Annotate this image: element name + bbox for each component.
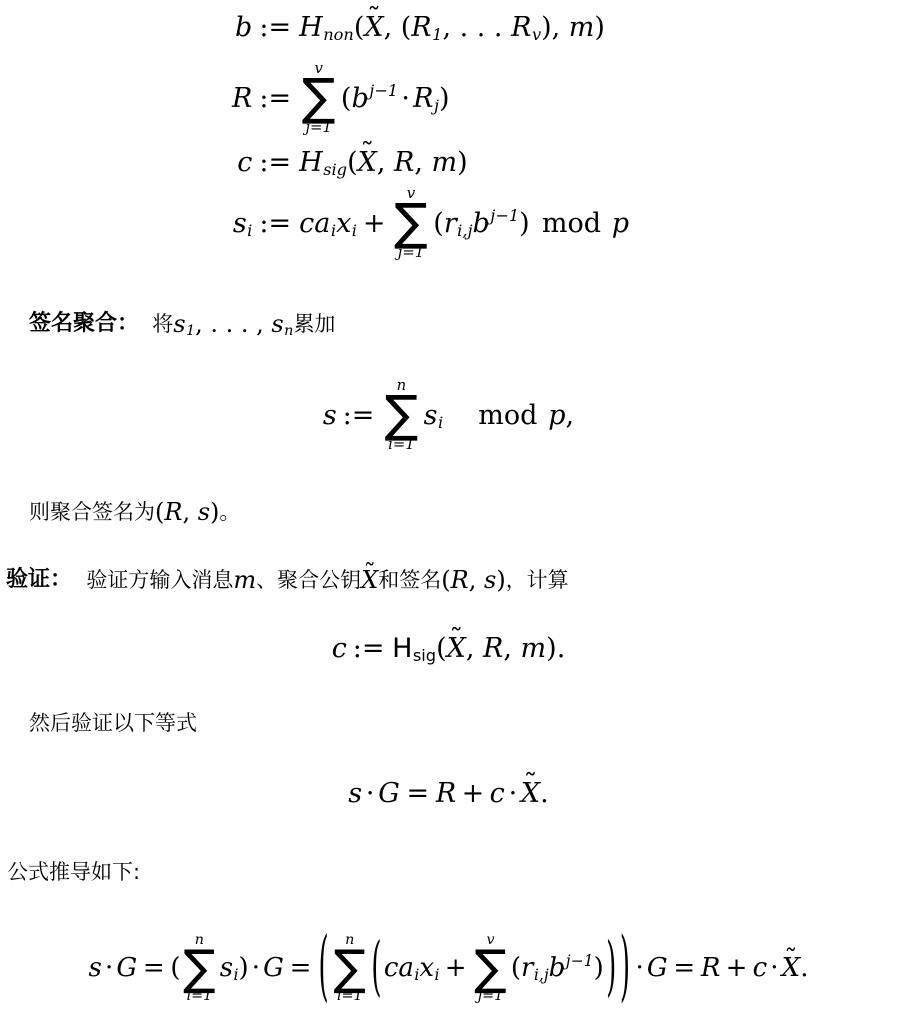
math-variable: b <box>351 85 368 112</box>
text-cjk-bold: 验证： <box>6 565 72 595</box>
math-subscript: i <box>414 968 419 984</box>
math-operator: , <box>566 402 575 429</box>
summation: n∑i=1 <box>183 933 215 1004</box>
display-equation-sum-s: s:=n∑i=1simodp, <box>0 369 897 461</box>
math-variable: b <box>549 955 566 981</box>
sum-lower-limit: i=1 <box>187 989 213 1003</box>
big-paren: ) <box>606 936 616 1001</box>
math-operator: = <box>673 955 695 981</box>
math-operator: = <box>407 780 430 807</box>
math-operator: = <box>290 955 312 981</box>
sigma-icon: ∑ <box>183 947 215 989</box>
math-subscript: 1 <box>432 27 442 43</box>
math-operator: ( <box>354 14 365 41</box>
math-operator: + <box>726 955 748 981</box>
math-subscript: i <box>234 968 239 984</box>
summation: v∑j=1 <box>302 61 336 135</box>
math-operator: , <box>414 149 431 176</box>
math-variable: G <box>116 955 137 981</box>
math-operator: . <box>540 780 549 807</box>
math-variable: R <box>394 149 414 176</box>
tilde-variable: ˜X <box>358 149 377 176</box>
math-operator: := <box>259 85 291 112</box>
text-cjk: 。 <box>219 498 240 526</box>
math-operator: := <box>343 402 375 429</box>
math-operator: , <box>503 635 520 662</box>
math-variable: R <box>232 85 252 112</box>
math-subscript: sig <box>323 162 347 178</box>
math-superscript: j−1 <box>369 83 398 99</box>
tilde-variable: ˜X <box>364 14 383 41</box>
math-operator: · <box>252 955 260 981</box>
math-variable: R <box>411 14 431 41</box>
tilde-accent-icon: ˜ <box>367 5 381 32</box>
aligned-equation-block: b :=Hnon(˜X, (R1, . . . Rv), m) R :=v∑j=… <box>232 0 629 264</box>
tilde-variable: ˜X <box>447 635 466 662</box>
math-operator: ( <box>433 210 444 237</box>
math-space <box>385 648 393 649</box>
text-cjk: 、聚合公钥 <box>256 566 361 594</box>
math-space <box>443 415 478 416</box>
math-variable: c <box>332 635 347 662</box>
text-cjk: 则聚合签名为 <box>29 498 155 526</box>
math-operator: mod <box>478 402 537 429</box>
math-operator: , <box>466 635 483 662</box>
math-operator: ) <box>239 955 249 981</box>
paragraph-signature-aggregation: 签名聚合：将s1, . . . , sn累加 <box>29 303 335 345</box>
math-variable: s <box>271 312 283 336</box>
math-operator: . <box>800 955 808 981</box>
math-variable: s <box>323 402 337 429</box>
equation-si-rhs: :=caixi+v∑j=1(ri,jbj−1)modp <box>259 182 629 264</box>
math-variable: m <box>569 14 595 41</box>
text-cjk: 然后验证以下等式 <box>29 709 197 737</box>
tilde-accent-icon: ˜ <box>449 626 463 653</box>
sigma-icon: ∑ <box>302 76 336 120</box>
math-operator: , . . . <box>442 14 511 41</box>
math-subscript: j <box>434 98 439 114</box>
math-space <box>291 98 299 99</box>
equation-R-lhs: R <box>232 54 259 142</box>
tilde-accent-icon: ˜ <box>360 140 374 167</box>
tilde-variable: ˜X <box>782 955 801 981</box>
paragraph-derivation-intro: 公式推导如下: <box>7 852 140 892</box>
math-space <box>601 223 612 224</box>
sum-lower-limit: j=1 <box>478 989 504 1003</box>
math-space <box>537 415 548 416</box>
math-variable: s <box>484 568 496 592</box>
math-space <box>386 223 392 224</box>
text-cjk-bold: 签名聚合： <box>29 309 139 339</box>
equation-b-lhs: b <box>232 0 259 54</box>
sum-lower-limit: i=1 <box>388 437 415 452</box>
math-subscript: i <box>247 223 252 239</box>
tilde-variable: ˜X <box>361 568 378 592</box>
math-variable: R <box>483 635 503 662</box>
display-equation-c-sig: c:=Hsig(˜X, R, m). <box>0 628 897 668</box>
math-variable: H <box>299 14 323 41</box>
math-variable: m <box>432 149 458 176</box>
math-variable: m <box>233 568 256 592</box>
math-operator: · <box>770 955 778 981</box>
math-space <box>618 968 619 969</box>
display-equation-verify: s·G=R+c·˜X. <box>0 773 897 813</box>
math-variable: r <box>521 955 533 981</box>
math-operator: · <box>635 955 643 981</box>
sigma-icon: ∑ <box>474 947 506 989</box>
math-space <box>311 968 317 969</box>
text-cjk: 和签名 <box>378 566 441 594</box>
equation-si-lhs: si <box>232 182 259 264</box>
math-space <box>330 968 331 969</box>
math-variable: c <box>490 780 505 807</box>
math-operator: := <box>259 149 291 176</box>
math-subscript: i <box>352 223 357 239</box>
math-operator: := <box>259 14 291 41</box>
math-subscript: i <box>331 223 336 239</box>
tilde-accent-icon: ˜ <box>784 947 797 973</box>
summation: v∑j=1 <box>394 186 428 260</box>
math-variable: R <box>511 14 531 41</box>
text-cjk: 公式推导如下: <box>7 858 140 886</box>
math-space <box>530 223 542 224</box>
math-subscript: non <box>323 27 354 43</box>
math-operator: ) <box>457 149 468 176</box>
tilde-accent-icon: ˜ <box>524 771 538 798</box>
math-space <box>291 223 299 224</box>
math-operator: , <box>182 500 197 524</box>
math-variable: m <box>521 635 547 662</box>
paragraph-aggregate-signature: 则聚合签名为(R, s)。 <box>29 492 240 532</box>
math-operator: ). <box>546 635 565 662</box>
math-subscript: i <box>435 968 440 984</box>
math-operator: , <box>377 149 394 176</box>
math-superscript: j−1 <box>490 208 519 224</box>
summation: v∑j=1 <box>474 933 506 1004</box>
math-operator: ) <box>439 85 450 112</box>
math-operator: ( <box>441 568 450 592</box>
summation: n∑i=1 <box>385 378 419 452</box>
math-operator: ( <box>511 955 521 981</box>
math-space <box>72 580 86 581</box>
math-space <box>291 27 299 28</box>
math-operator: ), <box>541 14 569 41</box>
math-space <box>374 415 382 416</box>
math-operator: + <box>363 210 386 237</box>
math-subscript: i <box>438 415 443 431</box>
math-variable: p <box>548 402 565 429</box>
math-variable: ca <box>299 210 330 237</box>
math-operator: := <box>353 635 385 662</box>
math-operator: , <box>469 568 484 592</box>
math-operator: ) <box>594 14 605 41</box>
math-operator: ) <box>496 568 505 592</box>
math-operator: · <box>401 85 410 112</box>
math-variable: b <box>235 14 252 41</box>
math-variable: H <box>299 149 323 176</box>
math-subscript: i,j <box>457 223 472 239</box>
paragraph-then-verify: 然后验证以下等式 <box>29 703 197 743</box>
math-space <box>139 324 152 325</box>
math-operator: ) <box>594 955 604 981</box>
summation: n∑i=1 <box>334 933 366 1004</box>
paragraph-verification: 验证：验证方输入消息m、聚合公钥˜X和签名(R, s)，计算 <box>6 560 569 600</box>
math-space <box>291 162 299 163</box>
math-operator: , ( <box>384 14 412 41</box>
text-cjk: 验证方输入消息 <box>86 566 233 594</box>
math-variable: c <box>753 955 768 981</box>
math-operator: · <box>366 780 375 807</box>
big-paren: ) <box>620 930 630 1007</box>
math-operator: := <box>259 210 291 237</box>
math-operator: = <box>143 955 165 981</box>
math-operator: ( <box>155 500 164 524</box>
math-subscript: n <box>284 324 293 338</box>
math-variable: s <box>173 312 185 336</box>
text-cjk: ，计算 <box>506 566 569 594</box>
math-operator: ( <box>436 635 447 662</box>
sum-lower-limit: j=1 <box>398 245 424 260</box>
math-sans-symbol: H <box>392 635 412 662</box>
sigma-icon: ∑ <box>394 201 428 245</box>
math-operator: ( <box>170 955 180 981</box>
math-operator: ( <box>341 85 352 112</box>
math-operator: · <box>105 955 113 981</box>
math-variable: s <box>89 955 102 981</box>
math-space <box>467 968 472 969</box>
math-operator: + <box>462 780 485 807</box>
math-superscript: j−1 <box>566 954 594 970</box>
math-variable: R <box>164 500 182 524</box>
sum-lower-limit: j=1 <box>305 120 331 135</box>
math-variable: s <box>233 210 247 237</box>
tilde-accent-icon: ˜ <box>364 561 376 585</box>
math-variable: R <box>413 85 433 112</box>
math-space <box>400 793 407 794</box>
math-space <box>429 793 436 794</box>
sigma-icon: ∑ <box>334 947 366 989</box>
math-operator: , . . . , <box>195 312 271 336</box>
math-operator: + <box>445 955 467 981</box>
math-variable: p <box>612 210 629 237</box>
math-variable: s <box>424 402 438 429</box>
big-paren: ( <box>318 930 328 1007</box>
math-operator: ) <box>519 210 530 237</box>
math-variable: s <box>198 500 210 524</box>
text-cjk: 累加 <box>293 310 335 338</box>
equation-b-rhs: :=Hnon(˜X, (R1, . . . Rv), m) <box>259 0 629 54</box>
math-variable: c <box>237 149 252 176</box>
math-subscript: i,j <box>534 968 549 984</box>
math-operator: mod <box>542 210 601 237</box>
math-operator: ) <box>210 500 219 524</box>
math-operator: · <box>509 780 518 807</box>
math-variable: R <box>701 955 721 981</box>
equation-R-rhs: :=v∑j=1(bj−1·Rj) <box>259 54 629 142</box>
math-variable: R <box>451 568 469 592</box>
math-variable: R <box>436 780 456 807</box>
math-subscript: 1 <box>186 324 195 338</box>
math-variable: b <box>472 210 489 237</box>
text-cjk: 将 <box>152 310 173 338</box>
math-variable: x <box>336 210 351 237</box>
math-variable: G <box>647 955 668 981</box>
math-variable: ca <box>384 955 414 981</box>
big-paren: ( <box>371 936 381 1001</box>
tilde-variable: ˜X <box>521 780 540 807</box>
math-subscript: sig <box>413 648 436 664</box>
math-variable: x <box>419 955 434 981</box>
math-variable: r <box>444 210 457 237</box>
math-space <box>369 968 371 969</box>
math-variable: G <box>263 955 284 981</box>
math-space <box>604 968 605 969</box>
math-variable: s <box>220 955 233 981</box>
math-variable: G <box>378 780 400 807</box>
sigma-icon: ∑ <box>385 393 419 437</box>
equation-c-lhs: c <box>232 142 259 182</box>
math-subscript: v <box>532 27 541 43</box>
sum-lower-limit: i=1 <box>337 989 363 1003</box>
math-variable: s <box>348 780 362 807</box>
display-equation-derivation: s·G=(n∑i=1si)·G=(n∑i=1(caixi+v∑j=1(ri,jb… <box>0 912 897 1024</box>
math-operator: ( <box>347 149 358 176</box>
equation-c-rhs: :=Hsig(˜X, R, m) <box>259 142 629 182</box>
